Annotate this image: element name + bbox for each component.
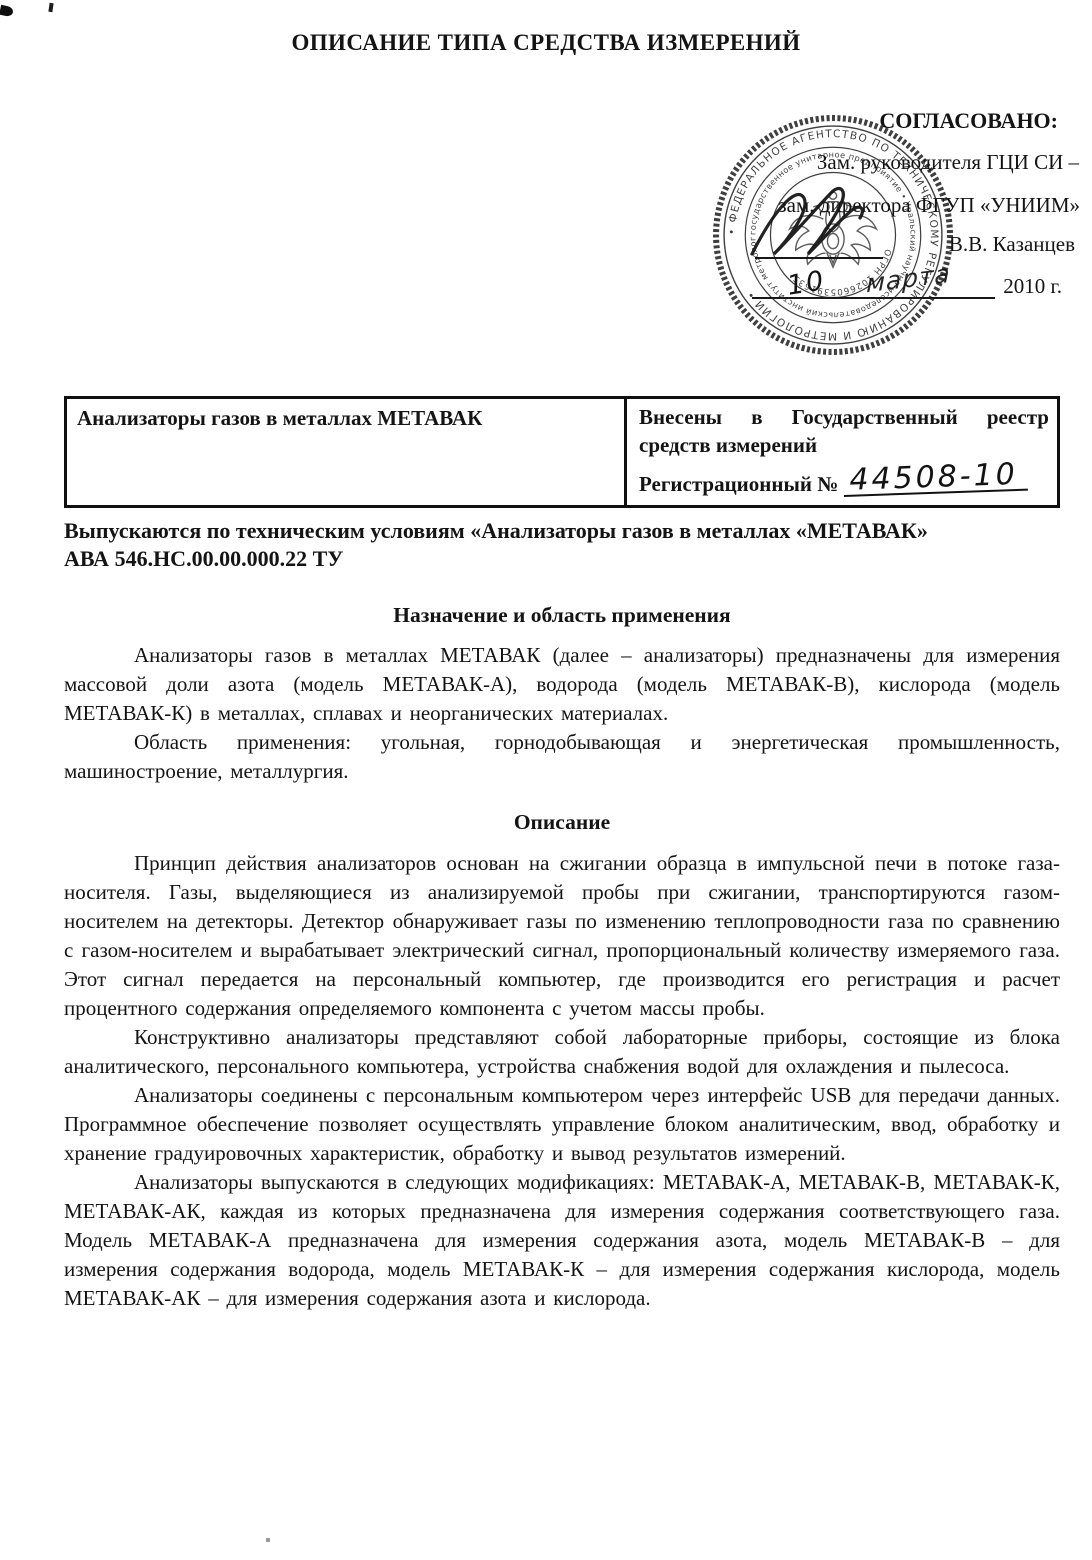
scan-artifact xyxy=(48,3,53,12)
handwritten-signature xyxy=(738,168,908,278)
paragraph: Область применения: угольная, горнодобыв… xyxy=(64,728,1060,786)
paragraph: Конструктивно анализаторы представляют с… xyxy=(64,1023,1060,1081)
paragraph: Принцип действия анализаторов основан на… xyxy=(64,849,1060,1023)
technical-conditions-line-2: АВА 546.НС.00.00.000.22 ТУ xyxy=(64,545,1060,573)
registry-entry-cell: Внесены в Государственный реестр средств… xyxy=(627,399,1057,505)
handwritten-day: 10 xyxy=(785,265,828,302)
section-heading-description: Описание xyxy=(64,810,1060,835)
technical-conditions-block: Выпускаются по техническим условиям «Ана… xyxy=(64,517,1060,573)
paragraph: Анализаторы выпускаются в следующих моди… xyxy=(64,1168,1060,1313)
scan-artifact xyxy=(266,1538,270,1542)
document-body: Анализаторы газов в металлах МЕТАВАК Вне… xyxy=(64,396,1060,1313)
technical-conditions-line-1: Выпускаются по техническим условиям «Ана… xyxy=(64,517,1060,545)
signature-underline xyxy=(755,257,883,259)
scan-artifact xyxy=(0,5,14,17)
handwritten-registration-number: 44508-10 xyxy=(843,463,1028,497)
approval-heading: СОГЛАСОВАНО: xyxy=(879,108,1058,134)
registry-table: Анализаторы газов в металлах МЕТАВАК Вне… xyxy=(64,396,1060,508)
paragraph: Анализаторы соединены с персональным ком… xyxy=(64,1081,1060,1168)
paragraph: Анализаторы газов в металлах МЕТАВАК (да… xyxy=(64,641,1060,728)
document-title: ОПИСАНИЕ ТИПА СРЕДСТВА ИЗМЕРЕНИЙ xyxy=(0,30,1092,56)
section-heading-purpose: Назначение и область применения xyxy=(64,603,1060,628)
instrument-name-cell: Анализаторы газов в металлах МЕТАВАК xyxy=(67,399,627,505)
registration-number-line: Регистрационный № 44508-10 xyxy=(639,469,1049,497)
scanned-document-page: ОПИСАНИЕ ТИПА СРЕДСТВА ИЗМЕРЕНИЙ • ФЕДЕР… xyxy=(0,0,1092,1560)
signer-name: В.В. Казанцев xyxy=(949,232,1075,257)
registry-entry-text: Внесены в Государственный реестр средств… xyxy=(639,403,1049,459)
approval-year: 2010 г. xyxy=(1003,274,1062,299)
registration-number-label: Регистрационный № xyxy=(639,472,838,497)
